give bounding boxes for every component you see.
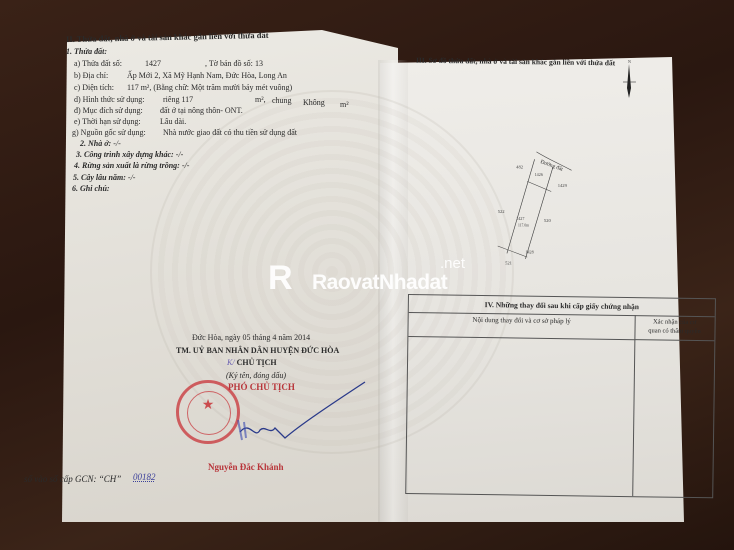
forest-label: 4. Rừng sản xuất là rừng trồng: [74,161,180,170]
changes-table-column-divider [632,315,636,496]
map-sheet-label: , Tờ bản đồ số: [205,59,253,68]
svg-text:521: 521 [505,260,513,265]
on-behalf-mark: K/ [227,358,235,367]
notes-label: 6. Ghi chú: [72,184,110,193]
svg-text:117.0m: 117.0m [518,224,529,228]
date-line: Đức Hòa, ngày 05 tháng 4 năm 2014 [192,333,310,342]
forest-item: 4. Rừng sản xuất là rừng trồng: -/- [74,161,189,170]
area-label: c) Diện tích: [74,83,114,92]
usage-form-label: d) Hình thức sử dụng: [74,95,144,104]
chairman-line: K/ CHỦ TỊCH [227,358,277,367]
house-item: 2. Nhà ở: -/- [80,139,121,148]
usage-form-unit: m², [255,95,266,104]
perennial-label: 5. Cây lâu năm: [73,173,126,182]
svg-text:482: 482 [516,164,524,169]
svg-text:1428: 1428 [525,249,533,254]
north-arrow-icon: N [622,58,638,98]
authority: TM. UỶ BAN NHÂN DÂN HUYỆN ĐỨC HÒA [176,346,339,355]
perennial-item: 5. Cây lâu năm: -/- [73,173,135,182]
address-value: Ấp Mới 2, Xã Mỹ Hạnh Nam, Đức Hòa, Long … [127,71,287,80]
registry-label: số vào sổ cấp GCN: “CH” [24,474,121,484]
registry-number: 00182 [133,472,156,482]
svg-text:1426: 1426 [535,172,543,177]
notes-item: 6. Ghi chú: [72,184,110,193]
origin-label: g) Nguồn gốc sử dụng: [72,128,146,137]
svg-text:1427: 1427 [516,216,524,221]
purpose-label: đ) Mục đích sử dụng: [74,106,143,115]
signature [230,380,370,450]
stamp-star-icon: ★ [179,397,237,414]
parcel-number-value: 1427 [145,59,161,68]
watermark-name: RaovatNhadat [312,271,447,295]
perennial-value: -/- [128,173,136,182]
address-label: b) Địa chỉ: [74,71,108,80]
purpose-value: đất ở tại nông thôn- ONT. [160,106,243,115]
term-label: e) Thời hạn sử dụng: [74,117,141,126]
parcel-number-label: a) Thửa đất số: [74,59,122,68]
origin-value: Nhà nước giao đất có thu tiền sử dụng đấ… [163,128,297,137]
changes-table: IV. Những thay đổi sau khi cấp giấy chứn… [405,294,716,498]
signer-name: Nguyễn Đắc Khánh [208,462,284,472]
construction-label: 3. Công trình xây dựng khác: [76,150,174,159]
land-heading: 1. Thửa đất: [66,47,107,56]
usage-form-value: riêng 117 [163,95,193,104]
svg-text:520: 520 [544,218,552,223]
chairman-title: CHỦ TỊCH [237,358,277,367]
watermark-logo-icon: R [268,259,293,298]
area-value: 117 m², (Bằng chữ: Một trăm mười bảy mét… [127,83,292,92]
confirm-header-line2: quan có thẩm quyền [634,326,714,336]
forest-value: -/- [182,161,190,170]
term-value: Lâu dài. [160,117,186,126]
sign-note: (Ký tên, đóng dấu) [226,371,286,380]
usage-shared-value: Không [303,98,325,107]
usage-shared-unit: m² [340,100,349,109]
changes-confirm-header: Xác nhận của cơ quan có thẩm quyền [634,317,714,336]
map-sheet-value: 13 [255,59,263,68]
construction-value: -/- [176,150,184,159]
watermark-suffix: .net [440,255,465,272]
house-label: 2. Nhà ở: [80,139,111,148]
construction-item: 3. Công trình xây dựng khác: -/- [76,150,183,159]
parcel-map: Đường đất 482 1426 1429 522 1427 117.0m … [470,150,590,270]
svg-text:N: N [628,59,631,64]
svg-text:1429: 1429 [558,183,568,188]
usage-shared-label: chung [272,96,292,105]
house-value: -/- [113,139,121,148]
svg-text:522: 522 [498,209,506,214]
